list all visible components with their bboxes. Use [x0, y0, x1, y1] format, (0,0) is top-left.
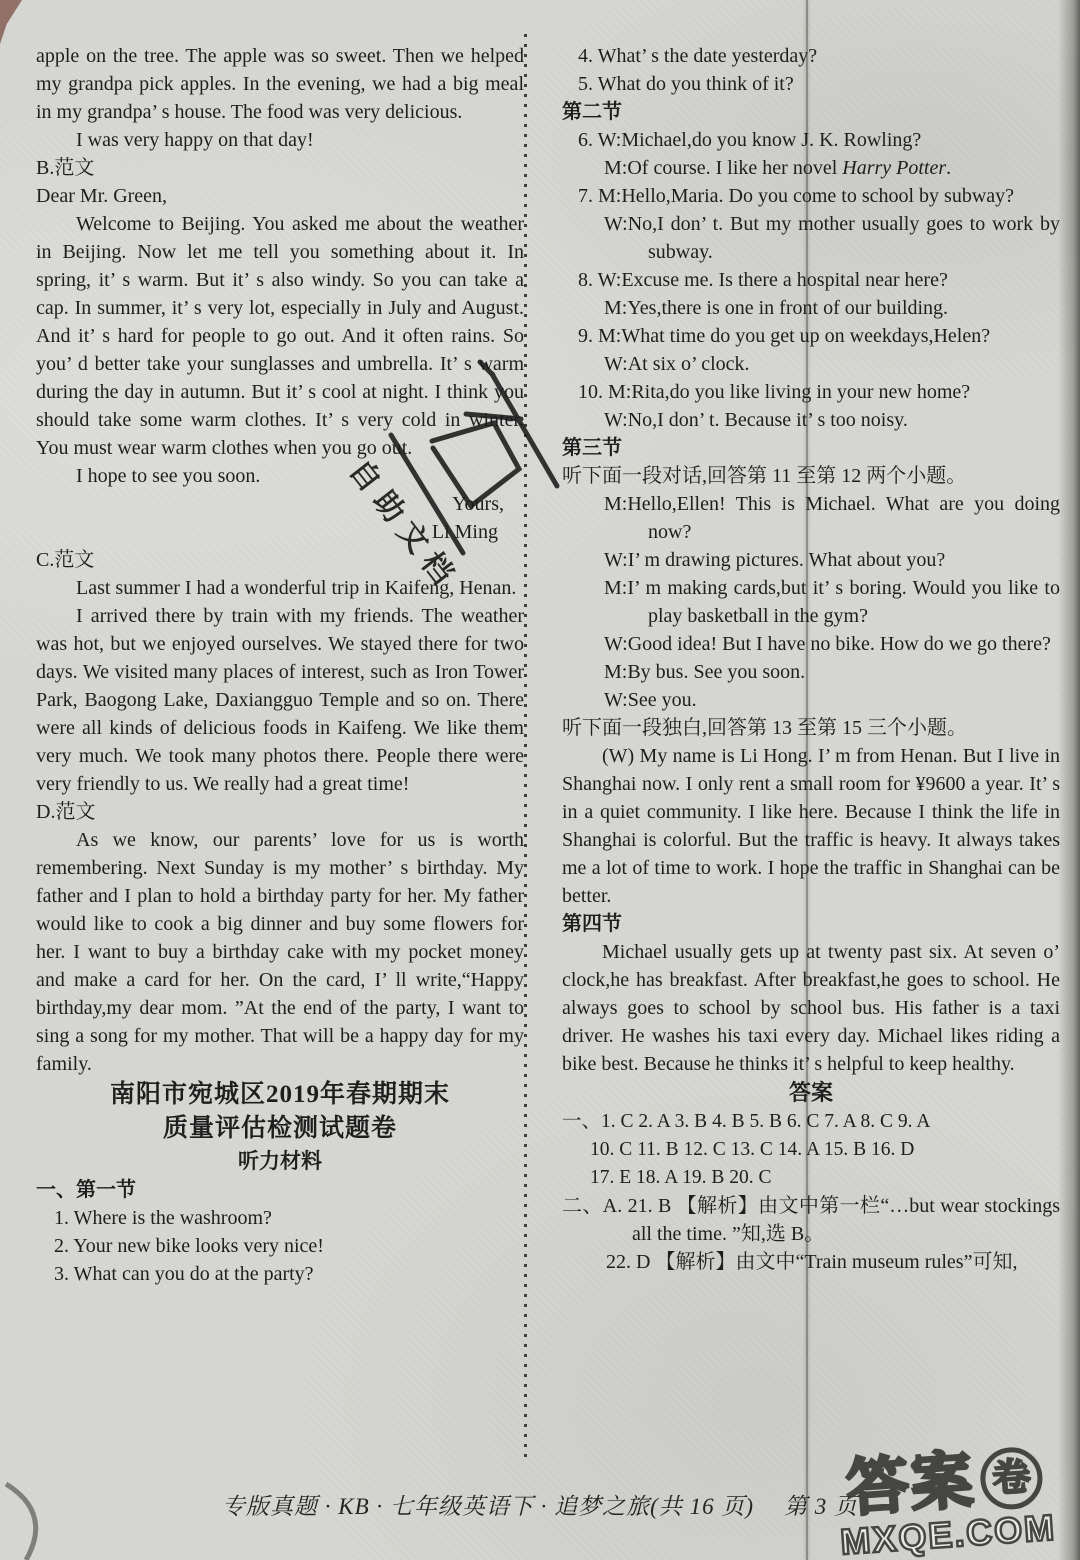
conversation-woman-2: W:Good idea! But I have no bike. How do … — [562, 630, 1060, 658]
conversation-man-3: M:By bus. See you soon. — [562, 658, 1060, 686]
section-4-heading: 第四节 — [562, 910, 1060, 938]
model-essay-d-label: D.范文 — [36, 798, 524, 826]
listening-question-5: 5. What do you think of it? — [578, 70, 1060, 98]
listening-question-4: 4. What’ s the date yesterday? — [578, 42, 1060, 70]
listening-question-1: 1. Where is the washroom? — [54, 1204, 524, 1232]
answer-row-3: 17. E 18. A 19. B 20. C — [590, 1164, 1060, 1192]
answer-row-2: 10. C 11. B 12. C 13. C 14. A 15. B 16. … — [590, 1136, 1060, 1164]
footer-text: 专版真题 · KB · 七年级英语下 · 追梦之旅(共 16 页) — [222, 1494, 754, 1519]
listening-question-3: 3. What can you do at the party? — [54, 1260, 524, 1288]
section-3-heading: 第三节 — [562, 434, 1060, 462]
conversation-woman-3: W:See you. — [562, 686, 1060, 714]
exam-title-line-1: 南阳市宛城区2019年春期期末 — [36, 1078, 524, 1112]
dialog-6-man: M:Of course. I like her novel Harry Pott… — [562, 154, 1060, 182]
dialog-10-woman: W:No,I don’ t. Because it’ s too noisy. — [562, 406, 1060, 434]
section-1-heading: 一、第一节 — [36, 1176, 524, 1204]
listening-instruction-1: 听下面一段对话,回答第 11 至第 12 两个小题。 — [562, 462, 1060, 490]
corner-ink-mark — [0, 0, 22, 44]
dialog-7-woman: W:No,I don’ t. But my mother usually goe… — [562, 210, 1060, 266]
answer-row-1: 一、1. C 2. A 3. B 4. B 5. B 6. C 7. A 8. … — [562, 1108, 1060, 1136]
listening-instruction-2: 听下面一段独白,回答第 13 至第 15 三个小题。 — [562, 714, 1060, 742]
dialog-9-woman: W:At six o’ clock. — [562, 350, 1060, 378]
watermark-hanzi: 答案 — [845, 1450, 977, 1521]
conversation-man-1: M:Hello,Ellen! This is Michael. What are… — [562, 490, 1060, 546]
exam-title-line-2: 质量评估检测试题卷 — [36, 1112, 524, 1146]
conversation-woman-1: W:I’ m drawing pictures. What about you? — [562, 546, 1060, 574]
scanned-workbook-page: apple on the tree. The apple was so swee… — [0, 0, 1080, 1560]
monologue-paragraph: (W) My name is Li Hong. I’ m from Henan.… — [562, 742, 1060, 910]
answers-heading: 答案 — [562, 1078, 1060, 1108]
watermark-circled-character: 卷 — [978, 1445, 1044, 1511]
dialog-7-man: 7. M:Hello,Maria. Do you come to school … — [562, 182, 1060, 210]
letter-body: Welcome to Beijing. You asked me about t… — [36, 210, 524, 462]
letter-salutation: Dear Mr. Green, — [36, 182, 524, 210]
dialog-6-man-period: . — [946, 157, 951, 179]
essay-c-paragraph-2: I arrived there by train with my friends… — [36, 602, 524, 798]
section-4-passage: Michael usually gets up at twenty past s… — [562, 938, 1060, 1078]
answer-22-explanation: 22. D 【解析】由文中“Train museum rules”可知, — [606, 1248, 1060, 1276]
book-title-italic: Harry Potter — [842, 157, 946, 179]
dialog-6-woman: 6. W:Michael,do you know J. K. Rowling? — [562, 126, 1060, 154]
letter-signature: Li Ming — [36, 518, 524, 546]
dialog-10-man: 10. M:Rita,do you like living in your ne… — [562, 378, 1060, 406]
model-essay-c-label: C.范文 — [36, 546, 524, 574]
essay-d-paragraph: As we know, our parents’ love for us is … — [36, 826, 524, 1078]
answer-21-explanation: 二、A. 21. B 【解析】由文中第一栏“…but wear stocking… — [562, 1192, 1060, 1248]
column-divider-dotted — [524, 34, 527, 1464]
dialog-8-woman: 8. W:Excuse me. Is there a hospital near… — [562, 266, 1060, 294]
section-2-heading: 第二节 — [562, 98, 1060, 126]
essay-a-closing-line: I was very happy on that day! — [36, 126, 524, 154]
letter-hope-line: I hope to see you soon. — [36, 462, 524, 490]
listening-material-heading: 听力材料 — [36, 1146, 524, 1176]
listening-question-2: 2. Your new bike looks very nice! — [54, 1232, 524, 1260]
page-edge-shadow — [1058, 0, 1080, 1560]
dialog-6-man-text: M:Of course. I like her novel — [604, 157, 842, 179]
watermark-logo: 答案 卷 MXQE.COM — [835, 1445, 1058, 1560]
conversation-man-2: M:I’ m making cards,but it’ s boring. Wo… — [562, 574, 1060, 630]
model-essay-b-label: B.范文 — [36, 154, 524, 182]
letter-valediction: Yours, — [36, 490, 524, 518]
right-column: 4. What’ s the date yesterday? 5. What d… — [562, 42, 1060, 1276]
dialog-8-man: M:Yes,there is one in front of our build… — [562, 294, 1060, 322]
essay-a-paragraph: apple on the tree. The apple was so swee… — [36, 42, 524, 126]
left-column: apple on the tree. The apple was so swee… — [36, 42, 524, 1288]
essay-c-paragraph-1: Last summer I had a wonderful trip in Ka… — [36, 574, 524, 602]
dialog-9-man: 9. M:What time do you get up on weekdays… — [562, 322, 1060, 350]
